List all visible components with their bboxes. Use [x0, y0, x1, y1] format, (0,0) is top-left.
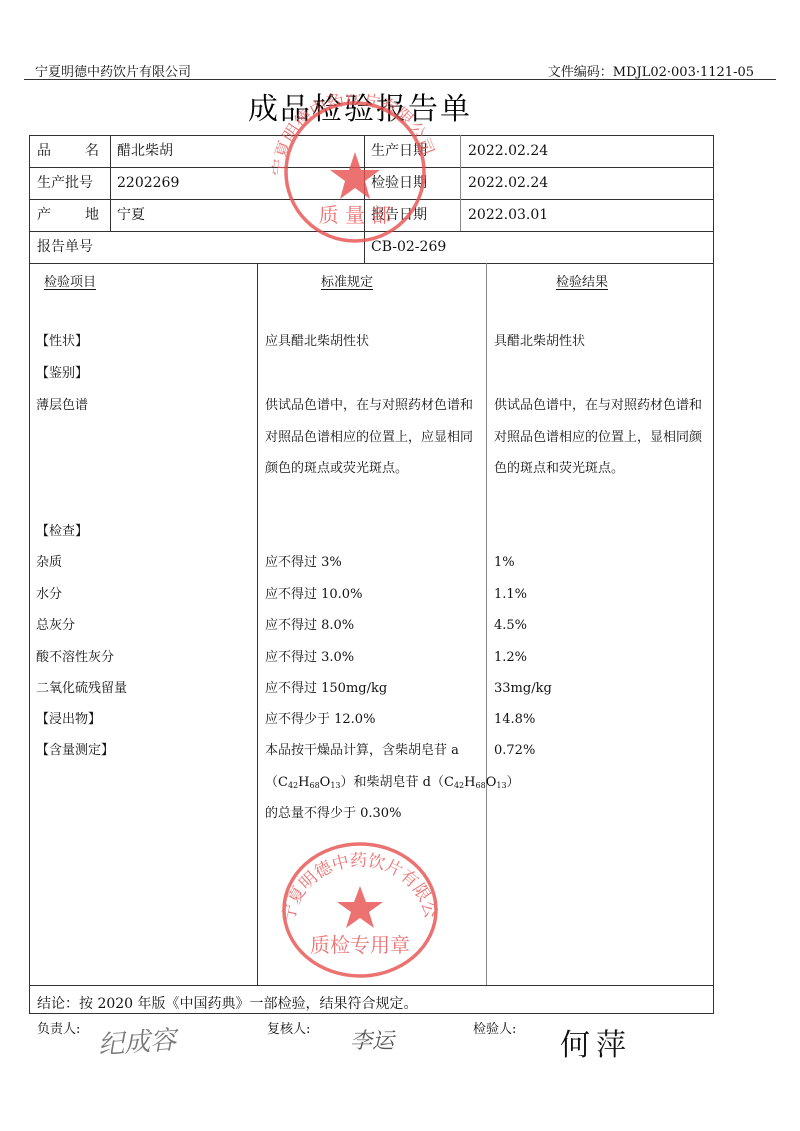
reviewer-signature: 李运: [350, 1024, 394, 1055]
label-char: 地: [85, 199, 99, 231]
result-total-ash: 4.5%: [494, 610, 527, 642]
standard-so2-residue: 应不得过 150mg/kg: [265, 673, 387, 705]
origin-label: 产地: [37, 199, 99, 231]
item-extract: 【浸出物】: [36, 704, 101, 736]
reviewer-label: 复核人:: [267, 1018, 310, 1037]
standard-appearance: 应具醋北柴胡性状: [265, 326, 369, 358]
report-date-label: 报告日期: [371, 199, 427, 231]
conclusion: 结论：按 2020 年版《中国药典》一部检验，结果符合规定。: [37, 993, 418, 1013]
item-acid-insoluble-ash: 酸不溶性灰分: [36, 642, 114, 674]
responsible-signature: 纪成容: [97, 1019, 177, 1061]
result-appearance: 具醋北柴胡性状: [494, 326, 585, 358]
column-header-standard: 标准规定: [321, 271, 373, 290]
item-appearance: 【性状】: [36, 326, 88, 358]
standard-assay-line2: 的总量不得少于 0.30%: [265, 798, 401, 830]
label-char: 名: [85, 135, 99, 167]
production-date-value: 2022.02.24: [468, 135, 548, 167]
standard-total-ash: 应不得过 8.0%: [265, 610, 354, 642]
inspection-date-label: 检验日期: [371, 167, 427, 199]
standard-impurity: 应不得过 3%: [265, 547, 342, 579]
result-assay: 0.72%: [494, 735, 535, 767]
item-so2-residue: 二氧化硫残留量: [36, 673, 127, 705]
origin-value: 宁夏: [117, 199, 145, 231]
responsible-label: 负责人:: [37, 1018, 80, 1037]
page-title: 成品检验报告单: [0, 84, 720, 128]
result-extract: 14.8%: [494, 704, 535, 736]
result-so2-residue: 33mg/kg: [494, 673, 552, 705]
item-total-ash: 总灰分: [36, 610, 75, 642]
product-name-value: 醋北柴胡: [117, 135, 173, 167]
row-divider: [29, 985, 714, 986]
inspection-date-value: 2022.02.24: [468, 167, 548, 199]
file-code-value: MDJL02·003·1121-05: [613, 65, 754, 80]
standard-assay-formula: （C42H68O13）和柴胡皂苷 d（C42H68O13）: [265, 767, 520, 802]
production-date-label: 生产日期: [371, 135, 427, 167]
standard-assay-line1: 本品按干燥品计算，含柴胡皂苷 a: [265, 735, 459, 767]
batch-value: 2202269: [117, 167, 179, 199]
col-divider: [110, 135, 111, 231]
result-acid-insoluble-ash: 1.2%: [494, 642, 527, 674]
batch-label: 生产批号: [37, 167, 93, 199]
result-tlc: 供试品色谱中，在与对照药材色谱和对照品色谱相应的位置上，显相同颜色的斑点和荧光斑…: [494, 390, 710, 485]
standard-acid-insoluble-ash: 应不得过 3.0%: [265, 642, 354, 674]
label-char: 产: [37, 199, 51, 231]
report-no-value: CB-02-269: [371, 231, 446, 263]
column-header-result: 检验结果: [556, 271, 608, 290]
header-divider: [24, 79, 776, 80]
col-divider: [257, 263, 258, 985]
col-divider: [364, 135, 365, 263]
item-assay: 【含量测定】: [36, 735, 114, 767]
item-inspection: 【检查】: [36, 516, 88, 548]
column-header-item: 检验项目: [44, 271, 96, 290]
standard-moisture: 应不得过 10.0%: [265, 579, 362, 611]
report-table: [29, 135, 714, 1014]
report-no-label: 报告单号: [37, 231, 93, 263]
row-divider: [29, 263, 714, 264]
standard-extract: 应不得少于 12.0%: [265, 704, 375, 736]
result-impurity: 1%: [494, 547, 515, 579]
product-name-label: 品名: [37, 135, 99, 167]
file-code: 文件编码：MDJL02·003·1121-05: [548, 61, 754, 80]
item-tlc: 薄层色谱: [36, 390, 88, 422]
inspector-label: 检验人:: [473, 1018, 516, 1037]
item-identification: 【鉴别】: [36, 358, 88, 390]
col-divider: [486, 263, 487, 985]
inspector-signature: 何萍: [560, 1020, 632, 1064]
file-code-label: 文件编码：: [548, 65, 613, 80]
col-divider: [460, 135, 461, 231]
standard-tlc: 供试品色谱中，在与对照药材色谱和对照品色谱相应的位置上，应显相同颜色的斑点或荧光…: [265, 390, 481, 485]
result-moisture: 1.1%: [494, 579, 527, 611]
label-char: 品: [37, 135, 51, 167]
item-impurity: 杂质: [36, 547, 62, 579]
item-moisture: 水分: [36, 579, 62, 611]
company-name: 宁夏明德中药饮片有限公司: [35, 61, 191, 80]
report-date-value: 2022.03.01: [468, 199, 548, 231]
